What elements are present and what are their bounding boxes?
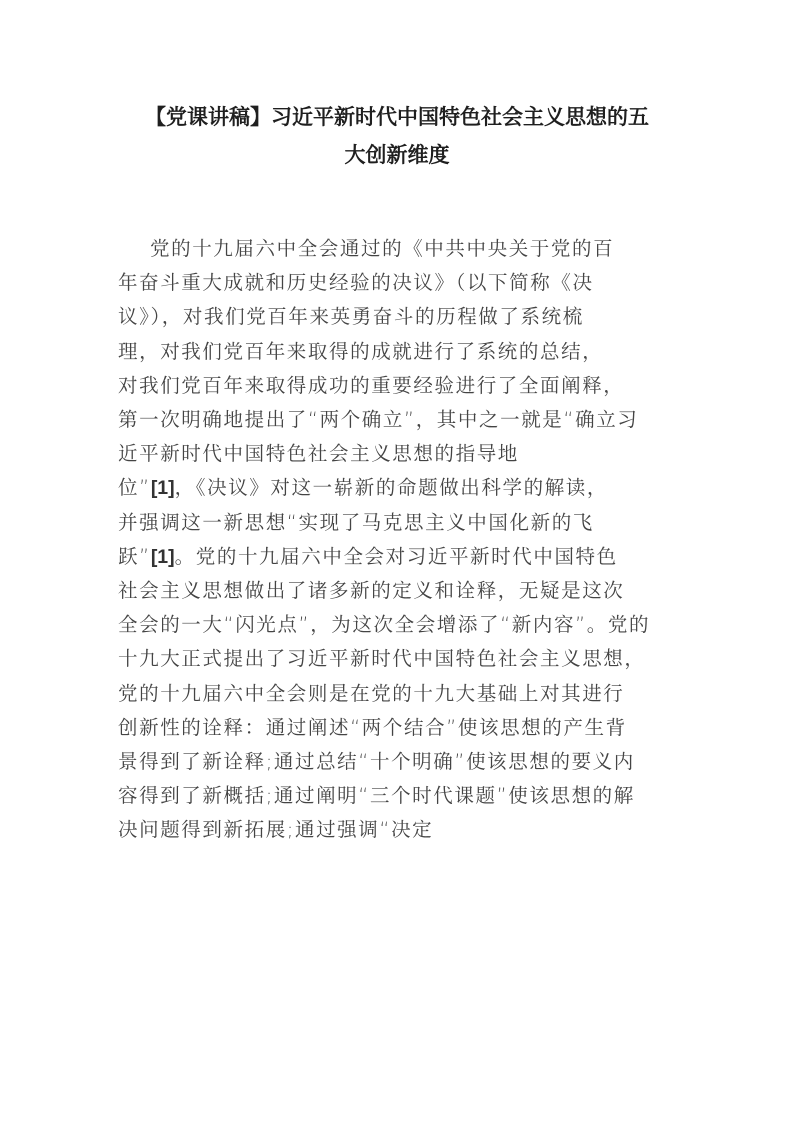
paragraph-line: 近平新时代中国特色社会主义思想的指导地	[118, 437, 698, 471]
paragraph-line: 议》），对我们党百年来英勇奋斗的历程做了系统梳	[118, 300, 698, 334]
paragraph-line: 第一次明确地提出了“两个确立”，其中之一就是“确立习	[118, 403, 698, 437]
paragraph-line: 年奋斗重大成就和历史经验的决议》（以下简称《决	[118, 266, 698, 300]
paragraph-line: 十九大正式提出了习近平新时代中国特色社会主义思想，	[118, 642, 698, 676]
paragraph-line: 容得到了新概括;通过阐明“三个时代课题”使该思想的解	[118, 779, 698, 813]
paragraph-line: 全会的一大“闪光点”，为这次全会增添了“新内容”。党的	[118, 608, 698, 642]
title-line-1: 【党课讲稿】习近平新时代中国特色社会主义思想的五	[100, 98, 694, 136]
title-line-2: 大创新维度	[100, 136, 694, 174]
paragraph-line: 对我们党百年来取得成功的重要经验进行了全面阐释，	[118, 369, 698, 403]
quote-end-text: 跃”	[118, 545, 151, 568]
paragraph-line: 景得到了新诠释;通过总结“十个明确”使该思想的要义内	[118, 745, 698, 779]
paragraph-line: 跃”[1]。党的十九届六中全会对习近平新时代中国特色	[118, 540, 698, 574]
paragraph-line: 决问题得到新拓展;通过强调“决定	[118, 813, 698, 847]
paragraph-line: 社会主义思想做出了诸多新的定义和诠释，无疑是这次	[118, 574, 698, 608]
paragraph-line: 党的十九届六中全会通过的《中共中央关于党的百	[118, 232, 698, 266]
line-text: 。党的十九届六中全会对习近平新时代中国特色	[175, 545, 618, 568]
reference-marker[interactable]: [1]	[151, 477, 175, 499]
paragraph-line: 并强调这一新思想“实现了马克思主义中国化新的飞	[118, 506, 698, 540]
document-title: 【党课讲稿】习近平新时代中国特色社会主义思想的五 大创新维度	[100, 98, 694, 174]
body-paragraph: 党的十九届六中全会通过的《中共中央关于党的百 年奋斗重大成就和历史经验的决议》（…	[118, 232, 698, 848]
line-text: ，《决议》对这一崭新的命题做出科学的解读，	[175, 476, 608, 499]
document-page: 【党课讲稿】习近平新时代中国特色社会主义思想的五 大创新维度 党的十九届六中全会…	[0, 0, 794, 1122]
paragraph-line: 理，对我们党百年来取得的成就进行了系统的总结，	[118, 335, 698, 369]
paragraph-line: 位”[1]，《决议》对这一崭新的命题做出科学的解读，	[118, 471, 698, 505]
reference-marker[interactable]: [1]	[151, 546, 175, 568]
paragraph-line: 创新性的诠释：通过阐述“两个结合”使该思想的产生背	[118, 711, 698, 745]
paragraph-line: 党的十九届六中全会则是在党的十九大基础上对其进行	[118, 677, 698, 711]
quote-end-text: 位”	[118, 476, 151, 499]
